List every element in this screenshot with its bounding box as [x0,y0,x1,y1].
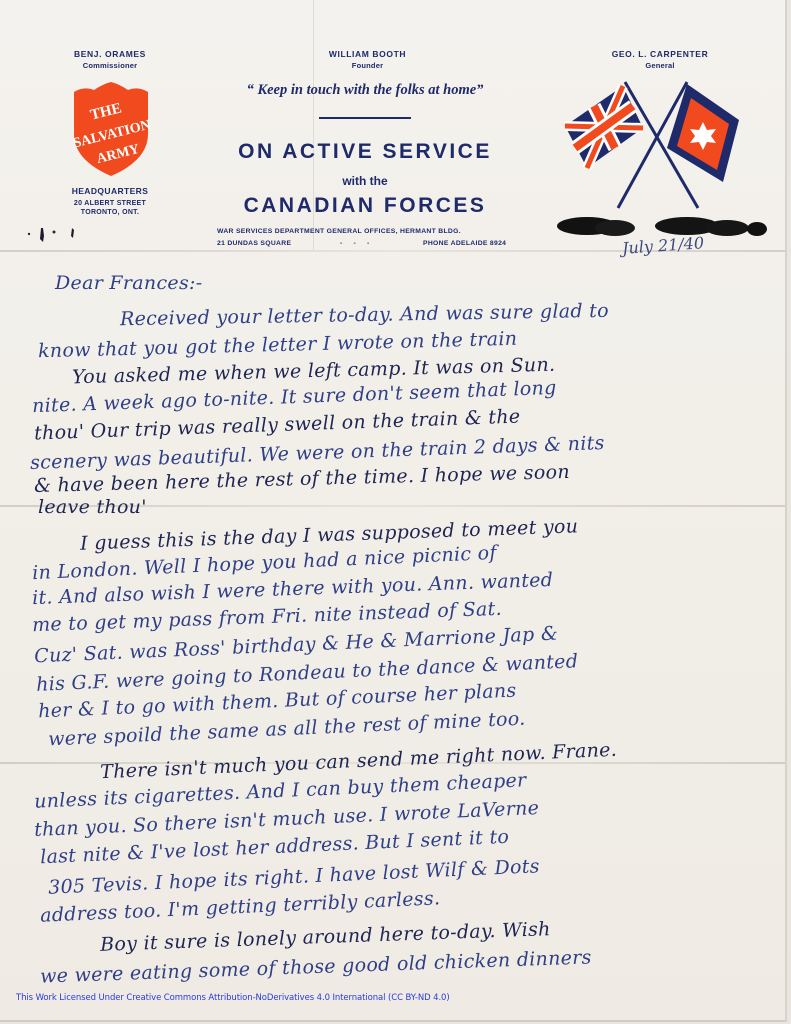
office-address-dashes: - - - [340,240,370,247]
headquarters-city: TORONTO, ONT. [62,208,158,217]
headquarters-block: HEADQUARTERS 20 ALBERT STREET TORONTO, O… [62,186,158,217]
left-official-name: BENJ. ORAMES [55,49,165,60]
center-official-title: Founder [305,60,430,71]
heading-on-active-service: ON ACTIVE SERVICE [200,140,530,164]
salutation: Dear Frances:- [55,272,202,294]
heading-canadian-forces: CANADIAN FORCES [200,194,530,218]
right-official-name: GEO. L. CARPENTER [595,49,725,60]
left-official-title: Commissioner [55,60,165,71]
left-official: BENJ. ORAMES Commissioner [55,49,165,71]
right-official-title: General [595,60,725,71]
motto: “ Keep in touch with the folks at home” [200,82,530,99]
license-notice: This Work Licensed Under Creative Common… [16,993,450,1003]
crossed-flags-icon [563,78,747,213]
office-address-line1: WAR SERVICES DEPARTMENT GENERAL OFFICES,… [217,228,461,235]
divider-rule [319,117,411,119]
ink-stain [14,220,74,250]
office-phone: PHONE ADELAIDE 8924 [423,240,506,247]
center-official: WILLIAM BOOTH Founder [305,49,430,71]
office-address-street: 21 DUNDAS SQUARE [217,240,291,247]
right-official: GEO. L. CARPENTER General [595,49,725,71]
headquarters-street: 20 ALBERT STREET [62,199,158,208]
headquarters-label: HEADQUARTERS [62,186,158,196]
center-official-name: WILLIAM BOOTH [305,49,430,60]
heading-with-the: with the [200,174,530,188]
letter-line: leave thou' [38,496,147,518]
salvation-army-shield-icon: THE SALVATION ARMY [70,82,152,176]
